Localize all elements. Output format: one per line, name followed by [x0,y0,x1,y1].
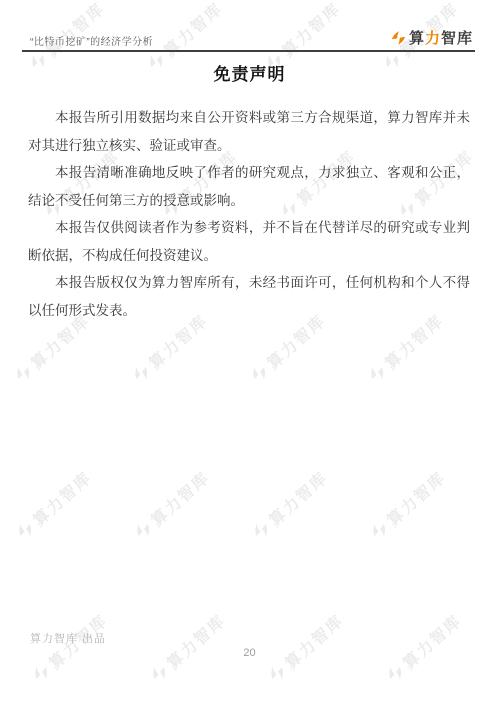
header-divider [22,50,475,52]
logo-char-accent: 力 [425,30,441,47]
lightning-diamond-icon [391,30,406,46]
brand-logo-text: 算力智库 [409,27,473,48]
running-title: “比特币挖矿”的经济学分析 [30,33,153,48]
publisher-credit: 算力智库 出品 [30,630,106,646]
disclaimer-paragraph: 本报告仅供阅读者作为参考资料，并不旨在代替详尽的研究或专业判断依据，不构成任何投… [28,214,470,269]
logo-char-pre: 算 [409,30,425,47]
page-number: 20 [0,647,499,659]
page-content: “比特币挖矿”的经济学分析 算力智库 免责声明 本报告所引用数据均来自公开资料或… [0,0,499,706]
page-header: “比特币挖矿”的经济学分析 算力智库 [30,27,473,48]
disclaimer-paragraph: 本报告所引用数据均来自公开资料或第三方合规渠道，算力智库并未对其进行独立核实、验… [28,104,470,159]
page-title: 免责声明 [0,60,499,85]
disclaimer-paragraph: 本报告版权仅为算力智库所有，未经书面许可，任何机构和个人不得以任何形式发表。 [28,269,470,324]
disclaimer-paragraph: 本报告清晰准确地反映了作者的研究观点，力求独立、客观和公正，结论不受任何第三方的… [28,159,470,214]
logo-char-post: 智库 [441,30,473,47]
disclaimer-body: 本报告所引用数据均来自公开资料或第三方合规渠道，算力智库并未对其进行独立核实、验… [28,104,470,324]
brand-logo: 算力智库 [391,27,473,48]
report-page: 算力智库算力智库算力智库算力智库算力智库算力智库算力智库算力智库算力智库算力智库… [0,0,499,706]
